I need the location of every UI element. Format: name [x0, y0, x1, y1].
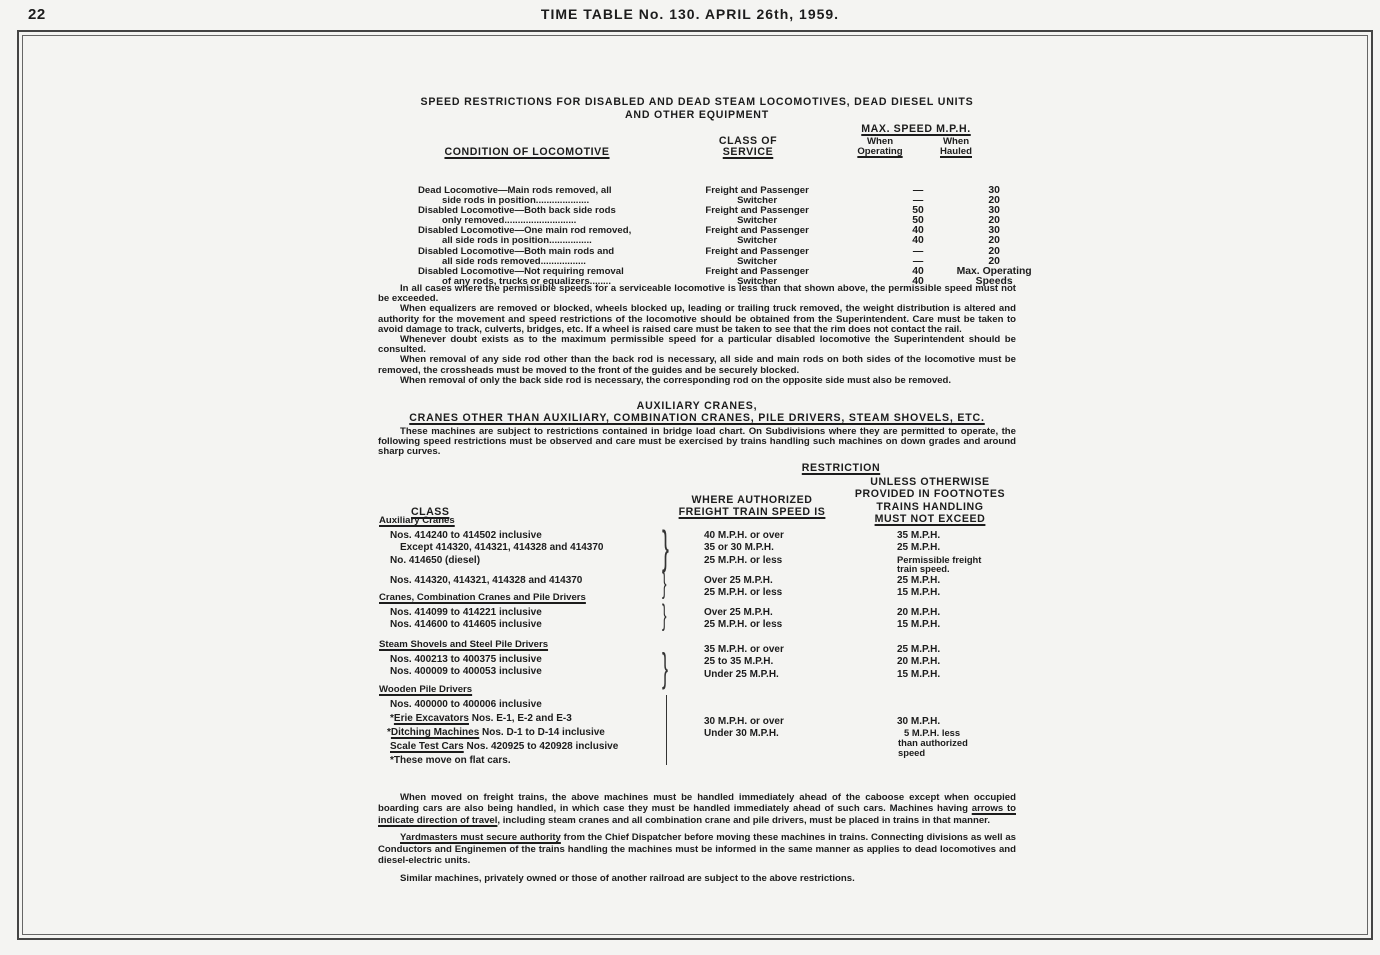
- condition-cell: Disabled Locomotive—Both back side rodso…: [418, 206, 634, 226]
- page-content: SPEED RESTRICTIONS FOR DISABLED AND DEAD…: [378, 96, 1016, 890]
- underlined-term: Scale Test Cars: [390, 741, 464, 752]
- condition-cell: Disabled Locomotive—One main rod removed…: [418, 226, 634, 246]
- service-line2: Switcher: [666, 277, 847, 287]
- speed-limit: 35 M.P.H.: [897, 530, 940, 543]
- underlined-phrase: arrows to indicate direction of travel: [378, 803, 1016, 826]
- class-item: Nos. 400009 to 400053 inclusive: [390, 666, 542, 679]
- authorized-speed: 25 M.P.H. or less: [704, 619, 782, 632]
- group-brace-icon: }: [662, 601, 667, 627]
- speed-limit: 25 M.P.H.: [897, 644, 940, 657]
- authorized-speed: Over 25 M.P.H.: [704, 575, 773, 588]
- table-row: Disabled Locomotive—Not requiring remova…: [418, 267, 1038, 287]
- class-of-service-line2: SERVICE: [698, 147, 798, 158]
- when-hauled-header: When Hauled: [926, 137, 986, 156]
- authorized-speed: 25 M.P.H. or less: [704, 555, 782, 568]
- authorized-speed: 35 or 30 M.P.H.: [704, 542, 774, 555]
- class-item: Scale Test Cars Nos. 420925 to 420928 in…: [390, 741, 618, 754]
- operating-line2: 40: [888, 277, 948, 287]
- section2-notes: When moved on freight trains, the above …: [378, 792, 1016, 885]
- condition-cell: Disabled Locomotive—Not requiring remova…: [418, 267, 634, 287]
- paragraph: When removal of only the back side rod i…: [378, 376, 1016, 386]
- class-item: Except 414320, 414321, 414328 and 414370: [400, 542, 604, 555]
- limit-header-line4: MUST NOT EXCEED: [846, 513, 1014, 526]
- when-operating-line2: Operating: [850, 147, 910, 157]
- class-item: Nos. 414600 to 414605 inclusive: [390, 619, 542, 632]
- condition-line2: of any rods, trucks or equalizers.......…: [418, 277, 634, 287]
- table-row: Disabled Locomotive—One main rod removed…: [418, 226, 1038, 246]
- group-title: Wooden Pile Drivers: [379, 685, 472, 695]
- condition-cell: Disabled Locomotive—Both main rods andal…: [418, 247, 634, 267]
- underlined-term: Ditching Machines: [391, 727, 479, 738]
- speed-limit: 15 M.P.H.: [897, 669, 940, 682]
- paragraph: When equalizers are removed or blocked, …: [378, 304, 1016, 335]
- class-item: Nos. 414240 to 414502 inclusive: [390, 530, 542, 543]
- section1-title-line2: AND OTHER EQUIPMENT: [378, 109, 1016, 122]
- table-row: Disabled Locomotive—Both main rods andal…: [418, 247, 1038, 267]
- table-row: Dead Locomotive—Main rods removed, allsi…: [418, 186, 1038, 206]
- hauled-speed-cell: 3020: [950, 206, 1038, 226]
- class-item: *Ditching Machines Nos. D-1 to D-14 incl…: [387, 727, 605, 740]
- hauled-speed-cell: 3020: [950, 226, 1038, 246]
- note-paragraph: Similar machines, privately owned or tho…: [378, 873, 1016, 885]
- authorized-speed: Under 25 M.P.H.: [704, 669, 779, 682]
- table-row: Disabled Locomotive—Both back side rodso…: [418, 206, 1038, 226]
- group-bracket-line: [666, 695, 667, 765]
- operating-speed-cell: ——: [888, 247, 948, 267]
- class-item: *Erie Excavators Nos. E-1, E-2 and E-3: [390, 713, 572, 726]
- paragraph: Whenever doubt exists as to the maximum …: [378, 335, 1016, 355]
- locomotive-speed-table: MAX. SPEED M.P.H. CONDITION OF LOCOMOTIV…: [378, 122, 1016, 286]
- service-cell: Freight and PassengerSwitcher: [666, 267, 847, 287]
- group-brace-icon: }: [662, 524, 669, 566]
- speed-limit: 15 M.P.H.: [897, 587, 940, 600]
- limit-column-header: UNLESS OTHERWISE PROVIDED IN FOOTNOTES T…: [846, 476, 1014, 526]
- speed-limit: 25 M.P.H.: [897, 542, 940, 555]
- class-item: No. 414650 (diesel): [390, 555, 480, 568]
- hauled-line2: Speeds: [950, 277, 1038, 287]
- note-paragraph: Yardmasters must secure authority from t…: [378, 832, 1016, 867]
- service-cell: Freight and PassengerSwitcher: [666, 206, 847, 226]
- group-title: Cranes, Combination Cranes and Pile Driv…: [379, 593, 586, 603]
- paragraph: When removal of any side rod other than …: [378, 355, 1016, 375]
- operating-speed-cell: 4040: [888, 226, 948, 246]
- class-of-service-header: CLASS OF SERVICE: [698, 136, 798, 158]
- speed-limit: 15 M.P.H.: [897, 619, 940, 632]
- locomotive-table-rows: Dead Locomotive—Main rods removed, allsi…: [418, 186, 1038, 287]
- when-hauled-line2: Hauled: [926, 147, 986, 157]
- service-cell: Freight and PassengerSwitcher: [666, 247, 847, 267]
- running-title: TIME TABLE No. 130. APRIL 26th, 1959.: [0, 6, 1380, 22]
- group-brace-icon: }: [662, 569, 667, 595]
- group-title: Auxiliary Cranes: [379, 516, 455, 526]
- section1-paragraphs: In all cases where the permissible speed…: [378, 284, 1016, 386]
- authorized-speed: 40 M.P.H. or over: [704, 530, 784, 543]
- note-paragraph: When moved on freight trains, the above …: [378, 792, 1016, 827]
- group-title: Steam Shovels and Steel Pile Drivers: [379, 640, 548, 650]
- section2-title-line1: AUXILIARY CRANES,: [378, 400, 1016, 412]
- where-column-header: WHERE AUTHORIZED FREIGHT TRAIN SPEED IS: [668, 494, 836, 519]
- limit-header-line2: PROVIDED IN FOOTNOTES: [846, 488, 1014, 501]
- authorized-speed: 30 M.P.H. or over: [704, 716, 784, 729]
- hauled-speed-cell: Max. OperatingSpeeds: [950, 267, 1038, 287]
- underlined-term: Erie Excavators: [394, 713, 469, 724]
- authorized-speed: 25 to 35 M.P.H.: [704, 656, 773, 669]
- speed-limit: 25 M.P.H.: [897, 575, 940, 588]
- speed-limit: 5 M.P.H. less than authorized speed: [898, 728, 978, 757]
- service-cell: Freight and PassengerSwitcher: [666, 226, 847, 246]
- limit-header-line1: UNLESS OTHERWISE: [846, 476, 1014, 489]
- restriction-label: RESTRICTION: [798, 462, 884, 475]
- class-item: *These move on flat cars.: [390, 755, 511, 768]
- speed-limit: Permissible freight train speed.: [897, 555, 993, 575]
- cranes-speed-table: RESTRICTION UNLESS OTHERWISE PROVIDED IN…: [378, 460, 1016, 786]
- section2-title-line2: CRANES OTHER THAN AUXILIARY, COMBINATION…: [378, 412, 1016, 424]
- service-cell: Freight and PassengerSwitcher: [666, 186, 847, 206]
- section2-intro: These machines are subject to restrictio…: [378, 427, 1016, 458]
- operating-speed-cell: 5050: [888, 206, 948, 226]
- authorized-speed: 35 M.P.H. or over: [704, 644, 784, 657]
- max-speed-header: MAX. SPEED M.P.H.: [860, 124, 972, 134]
- limit-header-line3: TRAINS HANDLING: [846, 501, 1014, 514]
- hauled-speed-cell: 2020: [950, 247, 1038, 267]
- speed-limit: 20 M.P.H.: [897, 656, 940, 669]
- condition-cell: Dead Locomotive—Main rods removed, allsi…: [418, 186, 634, 206]
- class-item: Nos. 400000 to 400006 inclusive: [390, 699, 542, 712]
- operating-speed-cell: ——: [888, 186, 948, 206]
- section2-title: AUXILIARY CRANES, CRANES OTHER THAN AUXI…: [378, 400, 1016, 424]
- class-item: Nos. 414320, 414321, 414328 and 414370: [390, 575, 582, 588]
- where-header-line1: WHERE AUTHORIZED: [668, 494, 836, 507]
- paragraph: In all cases where the permissible speed…: [378, 284, 1016, 304]
- authorized-speed: Over 25 M.P.H.: [704, 607, 773, 620]
- operating-speed-cell: 4040: [888, 267, 948, 287]
- authorized-speed: Under 30 M.P.H.: [704, 728, 779, 741]
- underlined-phrase: Yardmasters must secure authority: [400, 832, 561, 843]
- speed-limit: 20 M.P.H.: [897, 607, 940, 620]
- hauled-speed-cell: 3020: [950, 186, 1038, 206]
- condition-header: CONDITION OF LOCOMOTIVE: [442, 147, 612, 157]
- when-operating-header: When Operating: [850, 137, 910, 156]
- where-header-line2: FREIGHT TRAIN SPEED IS: [668, 506, 836, 519]
- section1-title-line1: SPEED RESTRICTIONS FOR DISABLED AND DEAD…: [378, 96, 1016, 109]
- class-item: Nos. 400213 to 400375 inclusive: [390, 654, 542, 667]
- group-brace-icon: }: [662, 648, 668, 684]
- authorized-speed: 25 M.P.H. or less: [704, 587, 782, 600]
- section1-title: SPEED RESTRICTIONS FOR DISABLED AND DEAD…: [378, 96, 1016, 122]
- class-item: Nos. 414099 to 414221 inclusive: [390, 607, 542, 620]
